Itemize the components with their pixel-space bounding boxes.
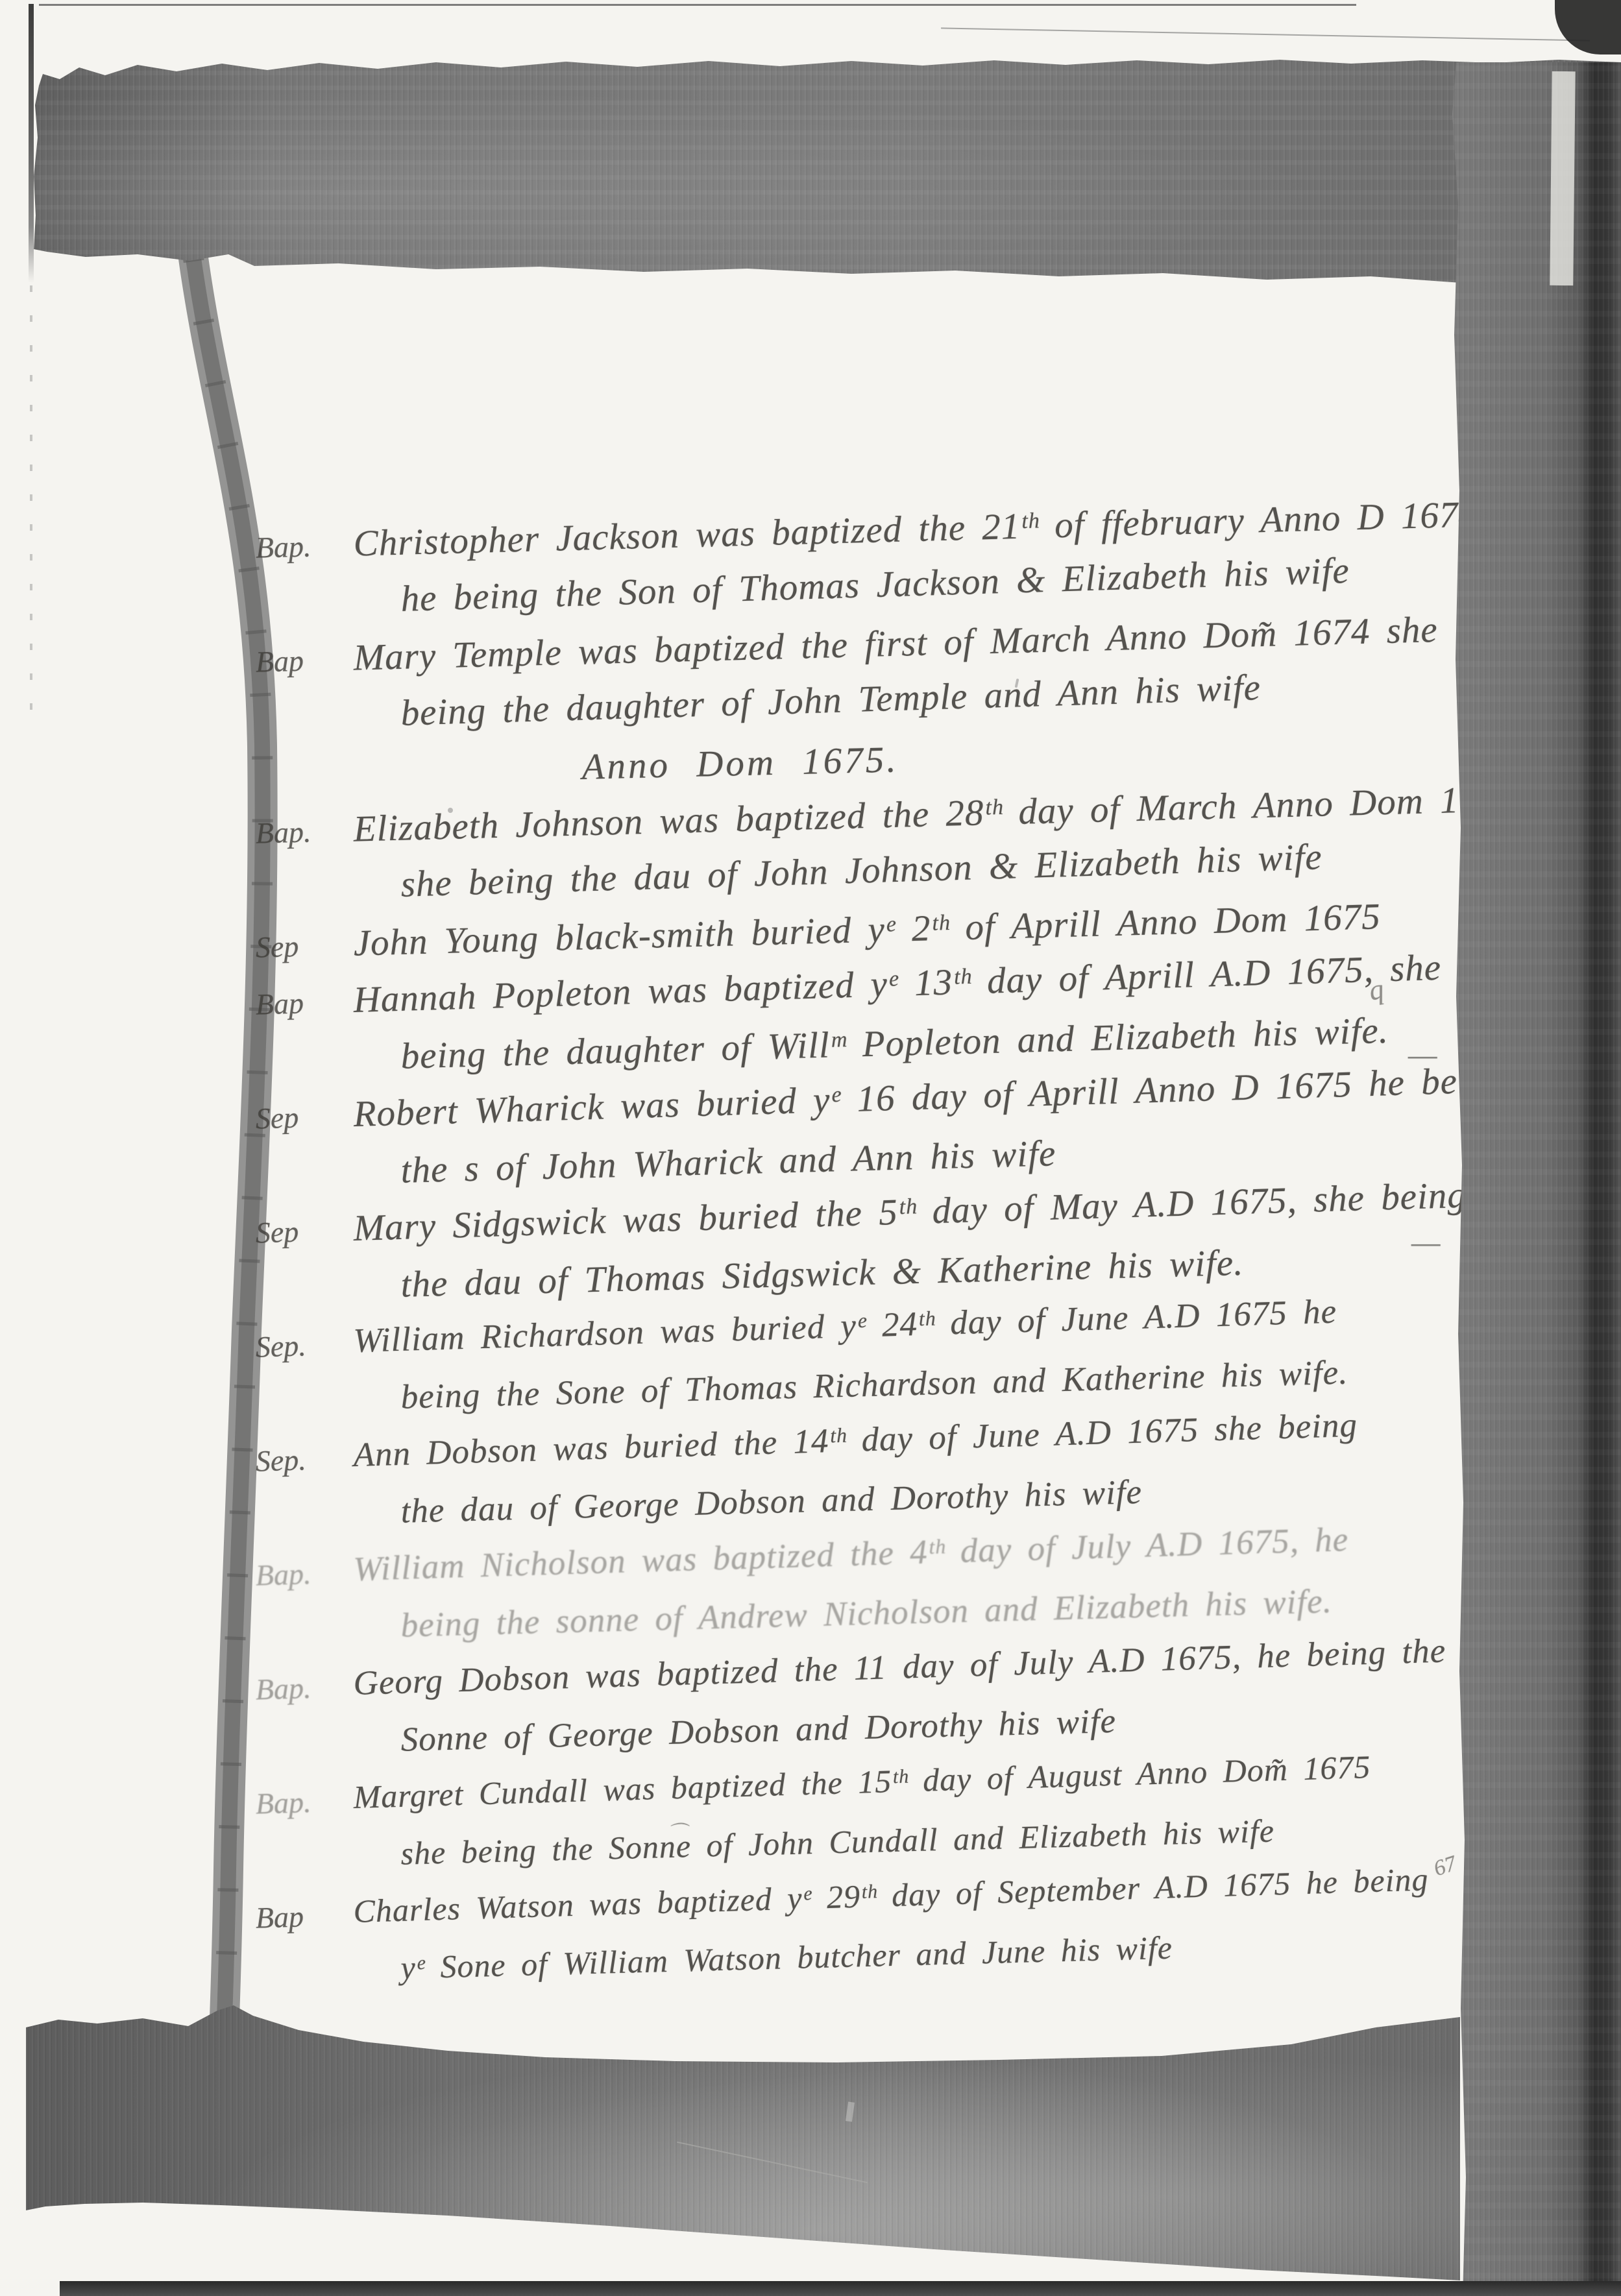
year-heading-text: Anno Dom 1675.	[581, 738, 899, 788]
entry-type-label: Sep	[255, 1214, 299, 1250]
entry-type-label: Bap.	[255, 529, 311, 564]
entry-type-label: Bap.	[255, 1785, 311, 1821]
entry-type-label: Bap	[255, 644, 304, 679]
scan-scratch-line	[39, 4, 1356, 6]
entry-type-label: Bap.	[255, 814, 311, 850]
register-entries: Bap. Christopher Jackson was baptized th…	[247, 0, 1583, 2109]
left-edge-line-dashes	[30, 285, 32, 714]
light-sliver	[1550, 71, 1575, 285]
entry-type-label: Sep.	[255, 1442, 306, 1478]
right-exposure-band	[1452, 62, 1621, 2296]
entry-type-label: Sep	[255, 1100, 299, 1136]
margin-dash: —	[1408, 1035, 1437, 1073]
margin-dash: —	[1411, 1223, 1440, 1261]
entry-type-label: Sep.	[255, 1328, 306, 1364]
entry-type-label: Bap	[255, 1899, 304, 1935]
entry-type-label: Bap	[255, 985, 304, 1021]
entry-type-label: Bap.	[255, 1556, 311, 1593]
entry-type-label: Bap.	[255, 1671, 311, 1707]
insertion-caret: ⌒	[667, 1817, 687, 1845]
top-exposure-band	[34, 60, 1621, 284]
register-scan-page: Bap. Christopher Jackson was baptized th…	[0, 0, 1621, 2296]
bottom-edge-strip	[60, 2281, 1621, 2296]
left-edge-line	[29, 4, 34, 283]
entry-type-label: Sep	[255, 929, 299, 965]
